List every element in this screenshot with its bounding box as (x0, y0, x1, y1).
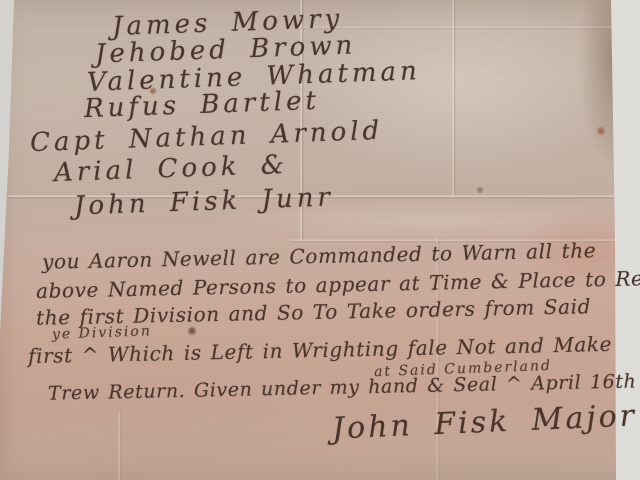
fold-crease-vertical-4 (118, 412, 122, 480)
name-line-4: Rufus Bartlet (84, 88, 321, 122)
name-line-6: Arial Cook & (54, 152, 289, 186)
manuscript-photo: James Mowry Jehobed Brown Valentine What… (0, 0, 640, 480)
interline-division: ye Division (52, 324, 152, 341)
fold-crease-horizontal-3 (300, 26, 612, 30)
